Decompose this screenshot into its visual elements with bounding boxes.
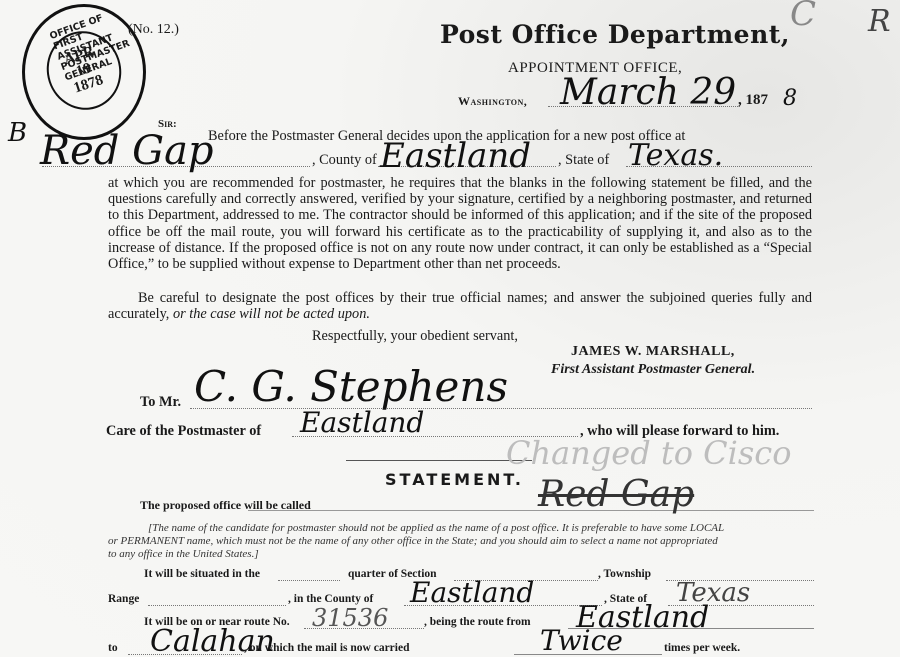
township-label: , Township [598,568,651,580]
called-handwritten: Red Gap [538,474,694,515]
signer-name: JAMES W. MARSHALL, [571,344,735,360]
city-label: Washington, [458,94,527,109]
county-label: , County of [312,152,377,169]
statement-title: STATEMENT. [385,470,524,489]
range-county-handwritten: Eastland [410,576,534,609]
carried-label: , on which the mail is now carried [244,642,409,654]
document-page: OFFICE OF FIRST ASSISTANT POSTMASTER GEN… [0,0,900,657]
route-to-label: to [108,642,118,654]
instructions-paragraph: at which you are recommended for postmas… [108,175,812,272]
year-prefix: , 187 [738,92,768,109]
per-week-label: times per week. [664,642,740,654]
recipient-name-handwritten: C. G. Stephens [194,362,508,411]
range-line [148,605,286,606]
care-label: Care of the Postmaster of [106,423,261,440]
statement-note-1: [The name of the candidate for postmaste… [148,522,724,535]
caution-emphasis: or the case will not be acted upon. [173,306,370,322]
corner-mark-left: C [790,0,816,34]
route-no-handwritten: 31536 [312,604,388,632]
state-label: , State of [558,152,609,169]
caution-paragraph: Be careful to designate the post offices… [108,290,812,322]
form-number: (No. 12.) [128,22,179,38]
quarter-line [278,580,340,581]
office-name-handwritten: Red Gap [40,128,214,174]
margin-mark: B [8,118,27,148]
state-handwritten: Texas. [628,138,723,173]
range-label: Range [108,593,139,605]
date-handwritten: March 29 [560,72,736,113]
department-title: Post Office Department, [440,20,790,49]
closing: Respectfully, your obedient servant, [312,328,518,345]
situated-label: It will be situated in the [144,568,260,580]
county-handwritten: Eastland [380,136,531,176]
stamp-year: 1878 [72,73,105,97]
route-from-label: , being the route from [424,616,531,628]
signer-title: First Assistant Postmaster General. [551,362,755,378]
to-label: To Mr. [140,394,181,411]
care-of-handwritten: Eastland [300,406,424,439]
year-handwritten: 8 [783,86,797,111]
corner-mark-right: R [868,4,891,39]
divider-line [346,460,532,461]
statement-note-2: or PERMANENT name, which must not be the… [108,535,718,548]
frequency-handwritten: Twice [540,624,623,657]
faint-note: Changed to Cisco [506,434,791,472]
statement-note-3: to any office in the United States.] [108,548,259,561]
called-line [248,510,814,511]
